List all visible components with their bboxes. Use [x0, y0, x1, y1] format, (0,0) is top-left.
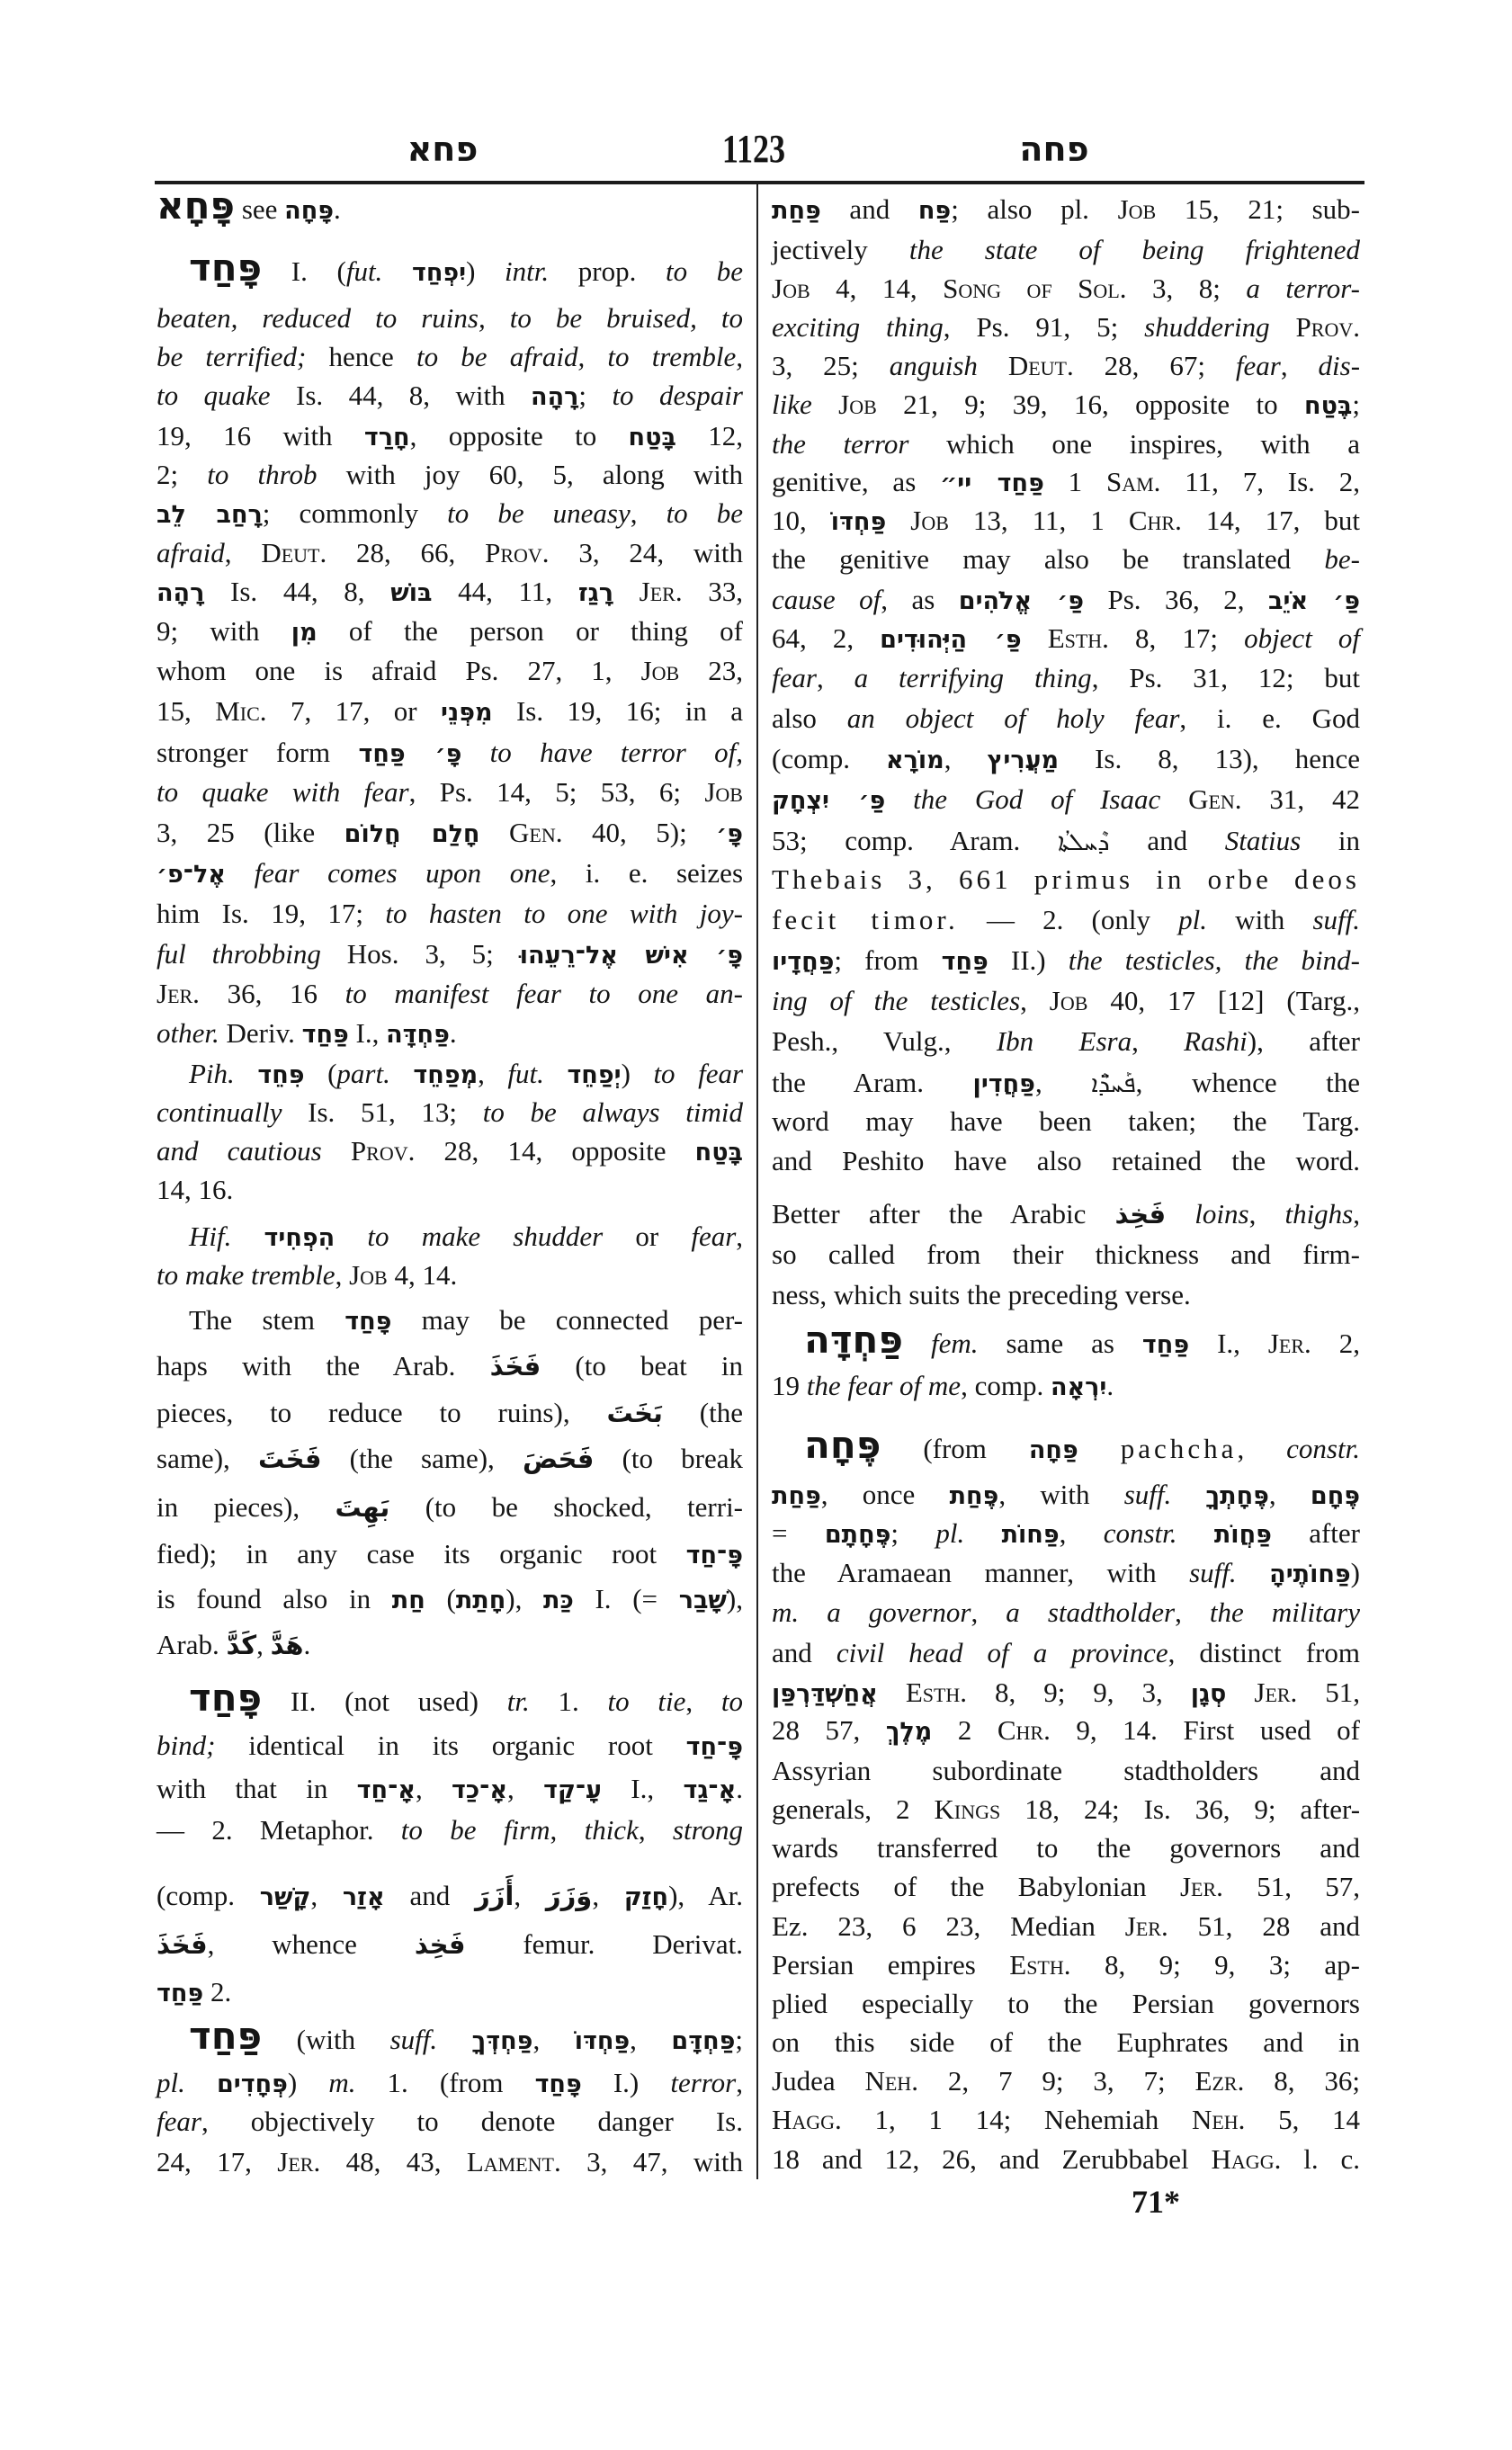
text-run: or [603, 1221, 691, 1252]
text-line: him Is. 19, 17; to hasten to one with jo… [157, 894, 743, 934]
hebrew-word: פַּ׳ הַיְּהוּדִים [880, 626, 1021, 654]
text-run: Ps. 36, 2, [1084, 584, 1268, 615]
text-run: ), after [1248, 1025, 1360, 1057]
line-content: ing of the testicles, Job 40, 17 [12] (T… [772, 981, 1360, 1021]
hebrew-word: מֶלֶךְ [886, 1718, 932, 1746]
text-run: , [639, 1814, 673, 1846]
italic-gloss: to be firm [401, 1814, 550, 1846]
text-run [226, 857, 255, 889]
text-line: Better after the Arabic فَخِذ loins, thi… [772, 1194, 1360, 1234]
text-line: פַּחַת, once פֶּחַת, with suff. פֶּחָתְך… [772, 1475, 1360, 1515]
text-line: 15, Mic. 7, 17, or מִפְּנֵי Is. 19, 16; … [157, 692, 743, 731]
arabic-word: فَخِذ [415, 1929, 466, 1960]
text-run [1177, 1517, 1214, 1549]
text-line: 53; comp. Aram. ܕܶܚܠܬܳܐ and Statius in [772, 821, 1360, 861]
line-content: ness, which suits the preceding verse. [772, 1275, 1191, 1315]
text-run: Better after the Arabic [772, 1198, 1115, 1229]
left-column: פָּחָא see פָּחָה.פָּחַד I. (fut. יִפְחַ… [157, 0, 743, 2450]
text-run: 1. [530, 1685, 608, 1717]
hebrew-word: אָזַר [343, 1883, 385, 1911]
text-run: , opposite to [410, 420, 629, 452]
text-run: in [1301, 825, 1360, 856]
book-reference: Jer. [277, 2146, 320, 2177]
book-reference: Prov. [1296, 311, 1360, 343]
text-run: (comp. [772, 743, 886, 774]
syriac-word: ܕܶܚܠܬܳܐ [1058, 828, 1110, 856]
line-content: פֶּחָה (from פַּחָה pachcha, constr. [804, 1429, 1360, 1469]
line-content: pieces, to reduce to ruins), بَخَتَ (the [157, 1393, 743, 1433]
italic-gloss: Rashi [1184, 1025, 1248, 1057]
text-line: 18 and 12, 26, and Zerubbabel Hagg. l. c… [772, 2140, 1360, 2179]
arabic-word: وَزَرَ [546, 1881, 592, 1911]
text-line: Hagg. 1, 1 14; Nehemiah Neh. 5, 14 [772, 2100, 1360, 2140]
text-run: , i. e. God [1179, 702, 1360, 734]
text-run: 8, 36; [1244, 2065, 1360, 2097]
text-line: Pesh., Vulg., Ibn Esra, Rashi), after [772, 1022, 1360, 1061]
text-run [812, 389, 838, 420]
line-content: 28 57, מֶלֶךְ 2 Chr. 9, 14. First used o… [772, 1711, 1360, 1750]
line-content: fied); in any case its organic root פָּ־… [157, 1534, 743, 1574]
line-content: רָחַב לֵב; commonly to be uneasy, to be [157, 494, 743, 533]
text-line: 14, 16. [157, 1170, 743, 1210]
book-reference: Jer. [1125, 1910, 1168, 1942]
text-run: , [336, 1259, 350, 1291]
text-run: Is. 19, 16; in a [493, 695, 744, 727]
text-run: ness, which suits the preceding verse. [772, 1279, 1191, 1310]
line-content: Thebais 3, 661 primus in orbe deos [772, 860, 1360, 899]
line-content: Job 4, 14, Song of Sol. 3, 8; a terror- [772, 269, 1360, 308]
text-run: ; also pl. [951, 193, 1117, 225]
text-run: pieces, to reduce to ruins), [157, 1397, 606, 1428]
italic-gloss: the fear of me [807, 1370, 961, 1401]
text-run: Deriv. [219, 1017, 302, 1049]
text-run: , Ps. 31, 12; but [1092, 662, 1360, 693]
hebrew-word: פָּחָה [284, 197, 334, 225]
italic-gloss: suff. [390, 2024, 438, 2055]
text-run: 19 [772, 1370, 807, 1401]
line-content: him Is. 19, 17; to hasten to one with jo… [157, 894, 743, 934]
line-content: the Aram. פַּחֲדִין, ܦܰܚܕ̈ܶܐ, whence the [772, 1063, 1360, 1103]
text-run: . [334, 193, 341, 225]
text-run: 3, 8; [1127, 273, 1247, 304]
hebrew-word: הִפְחִיד [264, 1224, 336, 1252]
text-run: , objectively to denote danger Is. [201, 2106, 743, 2137]
text-run: ; [735, 2024, 743, 2055]
line-content: like Job 21, 9; 39, 16, opposite to בֶּט… [772, 385, 1360, 425]
italic-gloss: Statius [1225, 825, 1301, 856]
line-content: Persian empires Esth. 8, 9; 9, 3; ap- [772, 1945, 1360, 1985]
italic-gloss: anguish [890, 350, 978, 381]
italic-gloss: part. [336, 1058, 389, 1089]
headword: פַּחְדָּה [804, 1318, 903, 1362]
italic-gloss: Pih. [189, 1058, 235, 1089]
book-reference: Job [910, 505, 949, 536]
italic-gloss: to throb [207, 459, 317, 490]
text-run: wards transferred to the governors and [772, 1832, 1360, 1864]
text-line: other. Deriv. פַּחַד I., פַּחְדָּה. [157, 1014, 743, 1053]
text-run: (to be shocked, terri- [389, 1491, 743, 1523]
text-run: II.) [989, 944, 1069, 976]
text-run: . [303, 1629, 310, 1660]
text-run [390, 1058, 414, 1089]
hebrew-word: פַּחַד [1142, 1331, 1189, 1359]
text-line: prefects of the Babylonian Jer. 51, 57, [772, 1867, 1360, 1907]
text-run: 14, 16. [157, 1174, 233, 1205]
text-run: Judea [772, 2065, 864, 2097]
text-run [335, 1221, 367, 1252]
hebrew-word: פַּחַד יי״ [940, 469, 1044, 497]
text-run: is found also in [157, 1583, 392, 1614]
text-run: I. (= [574, 1583, 679, 1614]
text-line: to quake with fear, Ps. 14, 5; 53, 6; Jo… [157, 773, 743, 812]
text-line: 3, 25; anguish Deut. 28, 67; fear, dis- [772, 346, 1360, 386]
line-content: 24, 17, Jer. 48, 43, Lament. 3, 47, with [157, 2142, 743, 2182]
book-reference: Job [704, 776, 743, 808]
italic-gloss: fear [691, 1221, 736, 1252]
text-run [1022, 622, 1048, 654]
text-run: 11, 7, Is. 2, [1160, 466, 1360, 497]
line-content: generals, 2 Kings 18, 24; Is. 36, 9; aft… [772, 1790, 1360, 1829]
text-line: to quake Is. 44, 8, with רָהָה; to despa… [157, 376, 743, 416]
italic-gloss: constr. [1104, 1517, 1177, 1549]
line-content: פַּחְדָּה fem. same as פַּחַד I., Jer. 2… [804, 1324, 1360, 1364]
text-line: 19, 16 with חָרַד, opposite to בָּטַח 12… [157, 416, 743, 456]
line-content: bind; identical in its organic root פָּ־… [157, 1726, 743, 1766]
text-run: 28, 67; [1074, 350, 1236, 381]
text-run: 4, 14, [810, 273, 944, 304]
text-run: 51, 57, [1223, 1871, 1360, 1902]
hebrew-word: מְפַחֵד [413, 1061, 478, 1089]
hebrew-word: אֶל־פ׳ [157, 861, 226, 889]
text-run: , [1020, 985, 1050, 1016]
line-content: אֲחַשְׁדַּרְפַּן Esth. 8, 9; 9, 3, סְגָן… [772, 1673, 1360, 1712]
italic-gloss: fear [1236, 350, 1281, 381]
hebrew-word: בֶּטַח [1304, 392, 1352, 420]
text-run: 51, 28 and [1168, 1910, 1360, 1942]
text-run [185, 2067, 217, 2098]
italic-gloss: to [721, 1685, 743, 1717]
italic-gloss: to be [666, 255, 743, 287]
text-run: with that in [157, 1773, 357, 1804]
hebrew-word: פַּחַד [302, 1021, 349, 1049]
text-line: is found also in חַת (חָתַת), כַּת I. (=… [157, 1579, 743, 1619]
line-content: and cautious Prov. 28, 14, opposite בָּט… [157, 1131, 743, 1171]
line-content: word may have been taken; the Targ. [772, 1102, 1360, 1141]
hebrew-word: פַּחֲדָיו [772, 948, 834, 976]
text-run: ), Ar. [668, 1880, 743, 1911]
text-run: , distinct from [1168, 1637, 1360, 1668]
hebrew-word: פֶּחָתָם [825, 1521, 891, 1549]
text-run: 2. [203, 1976, 231, 2007]
italic-gloss: pl. [935, 1517, 964, 1549]
italic-gloss: continually [157, 1096, 282, 1128]
line-content: 19, 16 with חָרַד, opposite to בָּטַח 12… [157, 416, 743, 456]
italic-gloss: to quake [157, 380, 271, 411]
text-line: the Aram. פַּחֲדִין, ܦܰܚܕ̈ܶܐ, whence the [772, 1063, 1360, 1103]
italic-gloss: the testicles, the bind- [1069, 944, 1360, 976]
text-line: pieces, to reduce to ruins), بَخَتَ (the [157, 1393, 743, 1433]
text-line: also an object of holy fear, i. e. God [772, 699, 1360, 738]
text-run: 40, 17 [12] (Targ., [1087, 985, 1360, 1016]
line-content: other. Deriv. פַּחַד I., פַּחְדָּה. [157, 1014, 457, 1053]
text-run: and Peshito have also retained the word. [772, 1145, 1360, 1176]
line-content: Ez. 23, 6 23, Median Jer. 51, 28 and [772, 1907, 1360, 1946]
hebrew-word: פַּחַת [772, 197, 821, 225]
text-run: so called from their thickness and firm- [772, 1238, 1360, 1270]
line-content: Hif. הִפְחִיד to make shudder or fear, [189, 1217, 743, 1256]
text-run: with [1207, 904, 1312, 935]
text-run: , [310, 1880, 343, 1911]
text-line: cause of, as פַּ׳ אֱלֹהִים Ps. 36, 2, פַ… [772, 580, 1360, 620]
text-run [1078, 1433, 1121, 1464]
text-line: word may have been taken; the Targ. [772, 1102, 1360, 1141]
italic-gloss: fear [157, 2106, 201, 2137]
text-run: , [944, 743, 988, 774]
hebrew-word: בָּטַח [695, 1139, 743, 1167]
italic-gloss: a terrifying thing [854, 662, 1092, 693]
hebrew-word: פֶּחָם [1311, 1482, 1360, 1510]
text-line: פַּחַת and פַּח; also pl. Job 15, 21; su… [772, 190, 1360, 229]
italic-gloss: to be [667, 497, 743, 529]
book-reference: Jer. [157, 978, 200, 1009]
text-run: 44, 11, [432, 576, 577, 607]
line-content: 3, 25 (like חָלַם חֲלוֹם Gen. 40, 5); פָ… [157, 813, 743, 853]
text-run: 23, [679, 655, 743, 686]
text-run: 3, 25 (like [157, 817, 344, 848]
text-run: which one inspires, with a [908, 428, 1360, 460]
spaced-latin-quote: fecit timor. [772, 904, 959, 935]
text-run: I., [602, 1773, 683, 1804]
line-content: cause of, as פַּ׳ אֱלֹהִים Ps. 36, 2, פַ… [772, 580, 1360, 620]
text-line: fecit timor. — 2. (only pl. with suff. [772, 900, 1360, 940]
hebrew-word: רָהָה [531, 383, 578, 411]
text-run: Ez. 23, 6 23, Median [772, 1910, 1125, 1942]
lexicon-page: פחא 1123 פחה פָּחָא see פָּחָה.פָּחַד I.… [0, 0, 1512, 2450]
hebrew-word: אֲחַשְׁדַּרְפַּן [772, 1680, 878, 1708]
hebrew-word: פֶּחָתְךָ [1206, 1482, 1269, 1510]
text-run: (to break [594, 1443, 743, 1474]
book-reference: Neh. [1192, 2104, 1245, 2135]
text-line: beaten, reduced to ruins, to be bruised,… [157, 299, 743, 338]
text-run: — 2. (only [959, 904, 1178, 935]
text-run: 64, 2, [772, 622, 880, 654]
text-run: 7, 17, or [267, 695, 442, 727]
text-line: רָהָה Is. 44, 8, בּוֹשׁ 44, 11, רָגַז Je… [157, 572, 743, 612]
text-run: genitive, as [772, 466, 940, 497]
book-reference: Job [772, 273, 810, 304]
line-content: beaten, reduced to ruins, to be bruised,… [157, 299, 743, 338]
text-run: 40, 5); [562, 817, 716, 848]
text-run: , [817, 662, 854, 693]
line-content: to make tremble, Job 4, 14. [157, 1256, 457, 1295]
line-content: Pesh., Vulg., Ibn Esra, Rashi), after [772, 1022, 1360, 1061]
text-line: like Job 21, 9; 39, 16, opposite to בֶּט… [772, 385, 1360, 425]
text-run: after [1272, 1517, 1360, 1549]
book-reference: Gen. [1188, 783, 1241, 815]
line-content: haps with the Arab. فَخَذَ (to beat in [157, 1346, 743, 1386]
line-content: fear, a terrifying thing, Ps. 31, 12; bu… [772, 658, 1360, 698]
book-reference: Esth. [906, 1677, 967, 1708]
text-run [1270, 311, 1296, 343]
hebrew-word: פֶּחַת [950, 1482, 999, 1510]
text-line: فَخَذَ, whence فَخِذ femur. Derivat. [157, 1925, 743, 1964]
text-run: , [550, 1814, 585, 1846]
text-run: ; [890, 1517, 935, 1549]
hebrew-word: יִפְחַד [412, 259, 466, 287]
italic-gloss: m. a governor [772, 1596, 971, 1628]
book-reference: Job [1050, 985, 1088, 1016]
text-run: (to beat in [541, 1350, 743, 1381]
column-divider [756, 184, 758, 2179]
text-run: 13, 11, 1 [949, 505, 1129, 536]
italic-gloss: Hif. [189, 1221, 231, 1252]
book-reference: Hagg. [1212, 2143, 1282, 2175]
text-line: fear, a terrifying thing, Ps. 31, 12; bu… [772, 658, 1360, 698]
text-run: stronger form [157, 737, 358, 768]
text-line: be terrified; hence to be afraid, to tre… [157, 337, 743, 377]
book-reference: Jer. [1180, 1871, 1223, 1902]
line-content: whom one is afraid Ps. 27, 1, Job 23, [157, 651, 743, 691]
hebrew-word: פַּחֲוֹת [1214, 1521, 1272, 1549]
line-content: 9; with מִן of the person or thing of [157, 612, 743, 651]
italic-gloss: constr. [1286, 1433, 1360, 1464]
text-run: 28 57, [772, 1714, 886, 1746]
text-run [964, 1517, 1001, 1549]
text-line: continually Is. 51, 13; to be always tim… [157, 1093, 743, 1132]
text-run [461, 737, 489, 768]
line-content: 3, 25; anguish Deut. 28, 67; fear, dis- [772, 346, 1360, 386]
text-run: , [736, 2067, 743, 2098]
line-content: פָּחַד I. (fut. יִפְחַד) intr. prop. to … [189, 252, 743, 291]
hebrew-word: פָּ׳ פַּחַד [358, 740, 461, 768]
text-run: femur. Derivat. [465, 1928, 743, 1960]
text-run: Assyrian subordinate stadtholders and [772, 1755, 1360, 1786]
italic-gloss: to be uneasy [447, 497, 631, 529]
italic-gloss: loins [1194, 1198, 1248, 1229]
text-line: exciting thing, Ps. 91, 5; shuddering Pr… [772, 308, 1360, 347]
line-content: Judea Neh. 2, 7 9; 3, 7; Ezr. 8, 36; [772, 2061, 1360, 2101]
text-run: and [385, 1880, 475, 1911]
text-line: Persian empires Esth. 8, 9; 9, 3; ap- [772, 1945, 1360, 1985]
text-line: the genitive may also be translated be- [772, 540, 1360, 579]
line-content: 64, 2, פַּ׳ הַיְּהוּדִים Esth. 8, 17; ob… [772, 619, 1360, 658]
text-run: ( [305, 1058, 337, 1089]
text-run: ) [466, 255, 505, 287]
book-reference: Jer. [1254, 1677, 1297, 1708]
line-content: stronger form פָּ׳ פַּחַד to have terror… [157, 733, 743, 773]
text-run [479, 817, 509, 848]
text-run: , [631, 497, 667, 529]
text-run: the Aram. [772, 1067, 973, 1098]
text-run: ; [578, 380, 612, 411]
line-content: Hagg. 1, 1 14; Nehemiah Neh. 5, 14 [772, 2100, 1360, 2140]
text-line: ful throbbing Hos. 3, 5; פָּ׳ אִישׁ אֶל־… [157, 934, 743, 974]
text-run: 36, 16 [200, 978, 345, 1009]
hebrew-word: חָלַם חֲלוֹם [344, 820, 480, 848]
text-line: to make tremble, Job 4, 14. [157, 1256, 743, 1295]
text-line: 24, 17, Jer. 48, 43, Lament. 3, 47, with [157, 2142, 743, 2182]
text-run: , [630, 2024, 671, 2055]
text-run: 2, [1311, 1328, 1360, 1359]
text-run [878, 1677, 906, 1708]
text-run: , [1281, 350, 1319, 381]
hebrew-word: פָּ־חַד [686, 1733, 743, 1761]
arabic-word: فَخَذَ [490, 1351, 541, 1381]
text-run: and [772, 1637, 837, 1668]
italic-gloss: suff. [1189, 1557, 1237, 1588]
italic-gloss: to manifest fear to one an- [345, 978, 743, 1009]
hebrew-word: פַּחוֹת [1002, 1521, 1060, 1549]
hebrew-word: רָהָה [157, 579, 204, 607]
text-run: , Ps. 14, 5; 53, 6; [409, 776, 705, 808]
line-content: (comp. קָשַׁר, אָזַר and أَزَرَ, وَزَرَ,… [157, 1876, 743, 1916]
line-content: פָּחָא see פָּחָה. [157, 190, 341, 229]
spaced-latin-quote: pachcha [1121, 1433, 1238, 1464]
book-reference: Job [1118, 193, 1157, 225]
text-run: 31, 42 [1242, 783, 1360, 815]
italic-gloss: to fear [653, 1058, 743, 1089]
spaced-latin-quote: Thebais 3, 661 primus in orbe deos [772, 863, 1360, 895]
italic-gloss: the state of being frightened [909, 234, 1360, 265]
italic-gloss: object of [1244, 622, 1360, 654]
line-content: on this side of the Euphrates and in [772, 2023, 1360, 2062]
hebrew-word: בּוֹשׁ [390, 579, 432, 607]
text-run: fied); in any case its organic root [157, 1538, 686, 1569]
text-line: whom one is afraid Ps. 27, 1, Job 23, [157, 651, 743, 691]
italic-gloss: to be afraid, to tremble, [416, 341, 743, 372]
hebrew-word: פָּ־חַד [686, 1542, 743, 1569]
text-line: afraid, Deut. 28, 66, Prov. 3, 24, with [157, 533, 743, 573]
hebrew-word: פַּחוֹתֶיהָ [1269, 1560, 1351, 1588]
text-line: (comp. מוֹרָא, מַעֲרִיץ Is. 8, 13), henc… [772, 739, 1360, 779]
italic-gloss: Ibn Esra [997, 1025, 1132, 1057]
text-run: 2 [932, 1714, 998, 1746]
text-run: (the [663, 1397, 743, 1428]
line-content: in pieces), بَهِتَ (to be shocked, terri… [157, 1488, 743, 1527]
text-run [322, 1135, 351, 1167]
italic-gloss: exciting thing [772, 311, 944, 343]
text-run: 2, 7 9; 3, 7; [918, 2065, 1195, 2097]
book-reference: Gen. [509, 817, 562, 848]
italic-gloss: be terrified; [157, 341, 306, 372]
line-content: afraid, Deut. 28, 66, Prov. 3, 24, with [157, 533, 743, 573]
headword: פָּחַד [189, 1676, 262, 1720]
text-run: 8, 9; 9, 3, [967, 1677, 1191, 1708]
line-content: 14, 16. [157, 1170, 233, 1210]
italic-gloss: be- [1324, 543, 1360, 575]
line-content: and Peshito have also retained the word. [772, 1141, 1360, 1181]
text-run: 53; comp. Aram. [772, 825, 1058, 856]
text-run: I.) [582, 2067, 671, 2098]
hebrew-word: סְגָן [1191, 1680, 1227, 1708]
text-run: hence [306, 341, 416, 372]
hebrew-word: חָתַת [456, 1587, 505, 1614]
text-line: The stem פָּחַד may be connected per- [157, 1301, 743, 1340]
text-line: Assyrian subordinate stadtholders and [772, 1751, 1360, 1791]
syriac-word: ܦܰܚܕ̈ܶܐ [1091, 1070, 1135, 1098]
arabic-word: هَدَّ [271, 1630, 304, 1660]
text-run: 15, 21; sub- [1156, 193, 1360, 225]
line-content: 15, Mic. 7, 17, or מִפְּנֵי Is. 19, 16; … [157, 692, 743, 731]
italic-gloss: to tie [608, 1685, 686, 1717]
text-line: פָּחָא see פָּחָה. [157, 190, 743, 229]
text-run: (comp. [157, 1880, 260, 1911]
hebrew-word: בָּטַח [629, 424, 676, 452]
text-run: the genitive may also be translated [772, 543, 1324, 575]
text-line: and Peshito have also retained the word. [772, 1141, 1360, 1181]
text-run [1166, 1198, 1194, 1229]
italic-gloss: intr. [505, 255, 549, 287]
